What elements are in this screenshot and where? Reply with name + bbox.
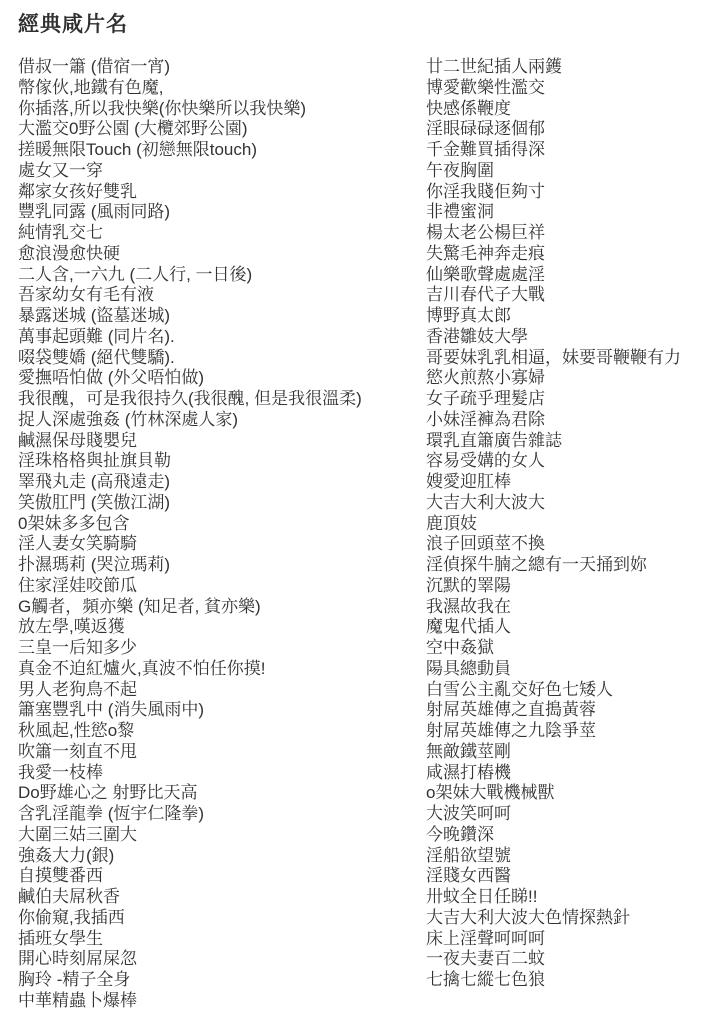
film-title-line: 七擒七縱七色狼: [426, 970, 713, 991]
film-title-line: 我濕故我在: [426, 597, 713, 618]
film-title-line: 慾火煎熬小寡婦: [426, 368, 713, 389]
film-title-line: 淫珠格格與扯旗貝勒: [18, 451, 426, 472]
film-title-line: 射屌英雄傳之九陰爭莖: [426, 721, 713, 742]
film-title-line: 睪飛丸走 (高飛遠走): [18, 472, 426, 493]
film-title-line: 二人含,一六九 (二人行, 一日後): [18, 265, 426, 286]
film-title-line: 住家淫娃咬節瓜: [18, 576, 426, 597]
film-title-line: 淫人妻女笑騎騎: [18, 534, 426, 555]
film-title-line: 我愛一枝棒: [18, 763, 426, 784]
film-title-line: 鹹濕保母賤嬰兒: [18, 431, 426, 452]
film-title-line: 中華精蟲卜爆棒: [18, 991, 426, 1012]
film-title-line: 豐乳同露 (風雨同路): [18, 202, 426, 223]
film-title-line: 博愛歡樂性濫交: [426, 78, 713, 99]
film-title-line: 午夜胸圍: [426, 161, 713, 182]
film-title-line: 大吉大利大波大色情探熱針: [426, 908, 713, 929]
film-title-line: 借叔一簫 (借宿一宵): [18, 57, 426, 78]
title-list-left: 借叔一簫 (借宿一宵)幣傢伙,地鐵有色魔,你插落,所以我快樂(你快樂所以我快樂)…: [18, 57, 426, 1012]
film-title-line: 淫眼碌碌逐個郁: [426, 119, 713, 140]
film-title-line: 陽具總動員: [426, 659, 713, 680]
film-title-line: G觸者，頻亦樂 (知足者, 貧亦樂): [18, 597, 426, 618]
film-title-line: 千金難買插得深: [426, 140, 713, 161]
film-title-line: 鄰家女孩好雙乳: [18, 182, 426, 203]
film-title-line: 射屌英雄傳之直搗黃蓉: [426, 700, 713, 721]
film-title-line: 三皇一后知多少: [18, 638, 426, 659]
film-title-line: 仙樂歌聲處處淫: [426, 265, 713, 286]
film-title-line: 捉人深處強姦 (竹林深處人家): [18, 410, 426, 431]
film-title-line: Do野雄心之 射野比天高: [18, 783, 426, 804]
film-title-line: 愛撫唔怕做 (外父唔怕做): [18, 368, 426, 389]
film-title-line: 搓暖無限Touch (初戀無限touch): [18, 140, 426, 161]
film-title-line: 強姦大力(銀): [18, 846, 426, 867]
title-columns: 借叔一簫 (借宿一宵)幣傢伙,地鐵有色魔,你插落,所以我快樂(你快樂所以我快樂)…: [18, 57, 713, 1012]
film-title-line: 簫塞豐乳中 (消失風雨中): [18, 700, 426, 721]
film-title-line: 魔鬼代插人: [426, 617, 713, 638]
film-title-line: 咸濕打樁機: [426, 763, 713, 784]
film-title-line: 大圍三姑三圍大: [18, 825, 426, 846]
film-title-line: 淫賤女西醫: [426, 866, 713, 887]
film-title-line: 大吉大利大波大: [426, 493, 713, 514]
film-title-line: 卅蚊全日任睇!!: [426, 887, 713, 908]
film-title-line: 處女又一穿: [18, 161, 426, 182]
film-title-line: 你淫我賤佢夠寸: [426, 182, 713, 203]
film-title-line: 插班女學生: [18, 929, 426, 950]
film-title-line: 你偷窺,我插西: [18, 908, 426, 929]
film-title-line: 0架妹多多包含: [18, 514, 426, 535]
film-title-line: 嫂愛迎肛棒: [426, 472, 713, 493]
film-title-line: 淫船欲望號: [426, 846, 713, 867]
film-title-line: 小妹淫褲為君除: [426, 410, 713, 431]
film-title-line: 笑傲肛門 (笑傲江湖): [18, 493, 426, 514]
film-title-line: 放左學,嘆返獲: [18, 617, 426, 638]
film-title-line: 純情乳交七: [18, 223, 426, 244]
film-title-line: 吾家幼女有毛有液: [18, 285, 426, 306]
film-title-line: 男人老狗鳥不起: [18, 680, 426, 701]
film-title-line: 淫偵探牛腩之總有一天捅到妳: [426, 555, 713, 576]
film-title-line: 真金不迫紅爐火,真波不怕任你摸!: [18, 659, 426, 680]
film-title-line: 失驚毛神奔走痕: [426, 244, 713, 265]
film-title-line: 女子疏乎理髮店: [426, 389, 713, 410]
film-title-line: 環乳直簫廣告雜誌: [426, 431, 713, 452]
film-title-line: 鹹伯夫屌秋香: [18, 887, 426, 908]
film-title-line: 非禮蜜洞: [426, 202, 713, 223]
film-title-line: 大波笑呵呵: [426, 804, 713, 825]
film-title-line: 扑濕瑪莉 (哭泣瑪莉): [18, 555, 426, 576]
film-title-line: 愈浪漫愈快硬: [18, 244, 426, 265]
film-title-line: 吹簫一刻直不甩: [18, 742, 426, 763]
film-title-line: 暴露迷城 (盜墓迷城): [18, 306, 426, 327]
document-page: 經典咸片名 借叔一簫 (借宿一宵)幣傢伙,地鐵有色魔,你插落,所以我快樂(你快樂…: [0, 0, 713, 1024]
film-title-line: 楊太老公楊巨祥: [426, 223, 713, 244]
film-title-line: 吉川春代子大戰: [426, 285, 713, 306]
film-title-line: 香港雛妓大學: [426, 327, 713, 348]
film-title-line: 秋風起,性慾o黎: [18, 721, 426, 742]
film-title-line: 容易受媾的女人: [426, 451, 713, 472]
film-title-line: 浪子回頭莖不換: [426, 534, 713, 555]
film-title-line: 廿二世紀插人兩鑊: [426, 57, 713, 78]
film-title-line: 萬事起頭難 (同片名).: [18, 327, 426, 348]
film-title-line: 我很醜，可是我很持久(我很醜, 但是我很溫柔): [18, 389, 426, 410]
film-title-line: 啜袋雙嬌 (絕代雙驕).: [18, 348, 426, 369]
film-title-line: 鹿頂妓: [426, 514, 713, 535]
film-title-line: 博野真太郎: [426, 306, 713, 327]
film-title-line: 空中姦獄: [426, 638, 713, 659]
film-title-line: 哥要妹乳乳相逼，妹要哥鞭鞭有力: [426, 348, 713, 369]
film-title-line: 快感係鞭度: [426, 99, 713, 120]
title-list-right: 廿二世紀插人兩鑊博愛歡樂性濫交快感係鞭度淫眼碌碌逐個郁千金難買插得深午夜胸圍你淫…: [426, 57, 713, 1012]
film-title-line: 沉默的睪陽: [426, 576, 713, 597]
film-title-line: 白雪公主亂交好色七矮人: [426, 680, 713, 701]
film-title-line: 床上淫聲呵呵呵: [426, 929, 713, 950]
film-title-line: 大濫交0野公園 (大欖郊野公園): [18, 119, 426, 140]
film-title-line: 一夜夫妻百二蚊: [426, 949, 713, 970]
page-title: 經典咸片名: [18, 13, 713, 37]
film-title-line: 自摸雙番西: [18, 866, 426, 887]
film-title-line: 幣傢伙,地鐵有色魔,: [18, 78, 426, 99]
film-title-line: 今晚鑽深: [426, 825, 713, 846]
film-title-line: 開心時刻屌屎忽: [18, 949, 426, 970]
film-title-line: 胸玲 -精子全身: [18, 970, 426, 991]
film-title-line: o架妹大戰機械獸: [426, 783, 713, 804]
film-title-line: 含乳淫龍拳 (恆宇仁隆拳): [18, 804, 426, 825]
film-title-line: 你插落,所以我快樂(你快樂所以我快樂): [18, 99, 426, 120]
film-title-line: 無敵鐵莖剛: [426, 742, 713, 763]
